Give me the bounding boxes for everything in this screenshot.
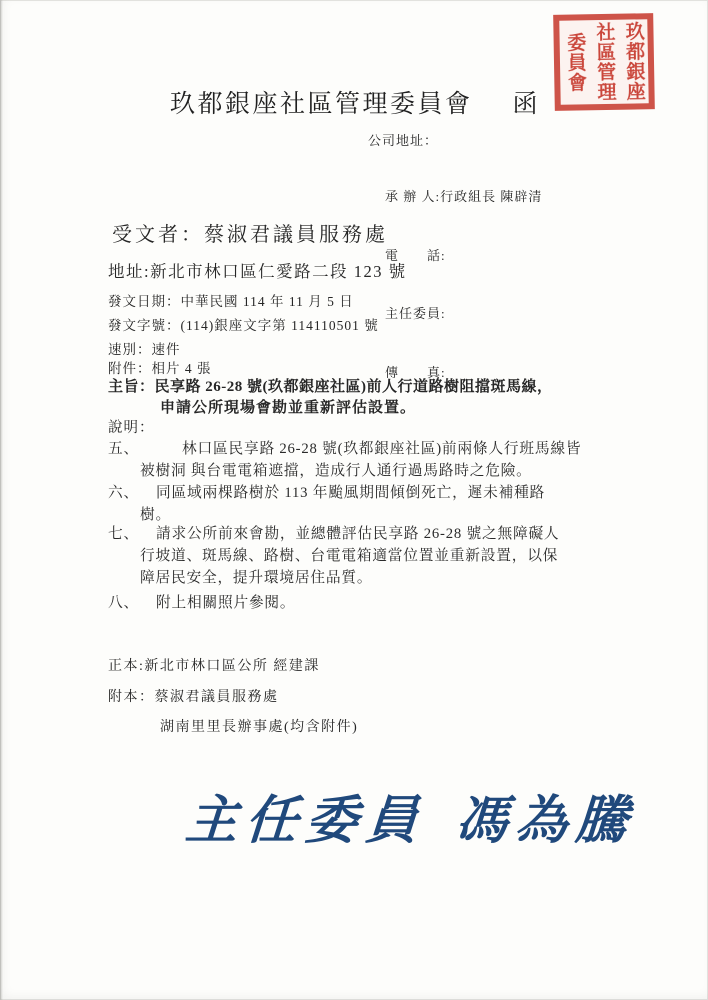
document-title: 玖都銀座社區管理委員會函 xyxy=(170,84,540,120)
reference-number-line: 發文字號：(114)銀座文字第 114110501 號 xyxy=(108,314,379,334)
field-phone: 電 話: xyxy=(385,246,542,266)
explanation-item-7-line-3: 障居民安全，提升環境居住品質。 xyxy=(140,566,372,587)
item-number: 八、 xyxy=(108,591,154,612)
explanation-item-5-line-1: 五、林口區民享路 26-28 號(玖都銀座社區)前兩條人行班馬線皆 xyxy=(108,437,581,458)
subject-line-2: 申請公所現場會勘並重新評估設置。 xyxy=(160,396,416,417)
red-committee-seal: 玖都銀座 社區管理 委員會 xyxy=(553,13,655,111)
signature-name: 馮為騰 xyxy=(454,793,638,850)
signature-title: 主任委員 xyxy=(184,793,428,850)
seal-column-1: 玖都銀座 xyxy=(623,21,644,101)
seal-column-3: 委員會 xyxy=(564,32,585,92)
letter-type-label: 函 xyxy=(513,91,541,118)
committee-name: 玖都銀座社區管理委員會 xyxy=(170,91,473,118)
priority-line: 速別：速件 xyxy=(108,338,181,358)
cc-copy-line: 附本：蔡淑君議員服務處 xyxy=(108,686,279,706)
item-number: 五、 xyxy=(108,437,154,458)
explanation-item-7-line-1: 七、請求公所前來會勘，並總體評估民享路 26-28 號之無障礙人 xyxy=(108,522,559,543)
attachment-line: 附件：相片 4 張 xyxy=(108,357,212,377)
item-number: 六、 xyxy=(108,481,154,502)
subject-line-1: 主旨：民享路 26-28 號(玖都銀座社區)前人行道路樹阻擋斑馬線， xyxy=(108,375,553,396)
chairman-signature: 主任委員馮為騰 xyxy=(183,778,638,853)
cc-copy-line-2: 湖南里里長辦事處(均含附件) xyxy=(160,716,358,736)
item-number: 七、 xyxy=(108,522,154,543)
scanned-letter-page: 玖都銀座社區管理委員會函 玖都銀座 社區管理 委員會 公司地址： 承 辦 人:行… xyxy=(0,0,708,1000)
original-copy-line: 正本:新北市林口區公所 經建課 xyxy=(108,655,320,675)
scan-edge-shadow xyxy=(0,0,3,1000)
field-chief-committee: 主任委員: xyxy=(385,304,542,324)
recipient-address-line: 地址:新北市林口區仁愛路二段 123 號 xyxy=(108,258,407,282)
explanation-item-6-line-1: 六、同區域兩棵路樹於 113 年颱風期間傾倒死亡，遲未補種路 xyxy=(108,481,545,502)
explanation-label: 說明： xyxy=(108,416,155,437)
recipient-line: 受文者：蔡淑君議員服務處 xyxy=(112,218,388,247)
issue-date-line: 發文日期：中華民國 114 年 11 月 5 日 xyxy=(108,290,354,310)
explanation-item-5-line-2: 被樹洞 與台電電箱遮擋，造成行人通行過馬路時之危險。 xyxy=(140,459,532,480)
explanation-item-7-line-2: 行坡道、斑馬線、路樹、台電電箱適當位置並重新設置，以保 xyxy=(140,544,558,565)
field-case-officer: 承 辦 人:行政組長 陳辟清 xyxy=(385,187,542,207)
company-address-label: 公司地址： xyxy=(368,130,438,149)
explanation-item-8-line-1: 八、附上相關照片參閱。 xyxy=(108,591,295,612)
explanation-item-6-line-2: 樹。 xyxy=(140,503,171,524)
seal-column-2: 社區管理 xyxy=(593,22,614,102)
